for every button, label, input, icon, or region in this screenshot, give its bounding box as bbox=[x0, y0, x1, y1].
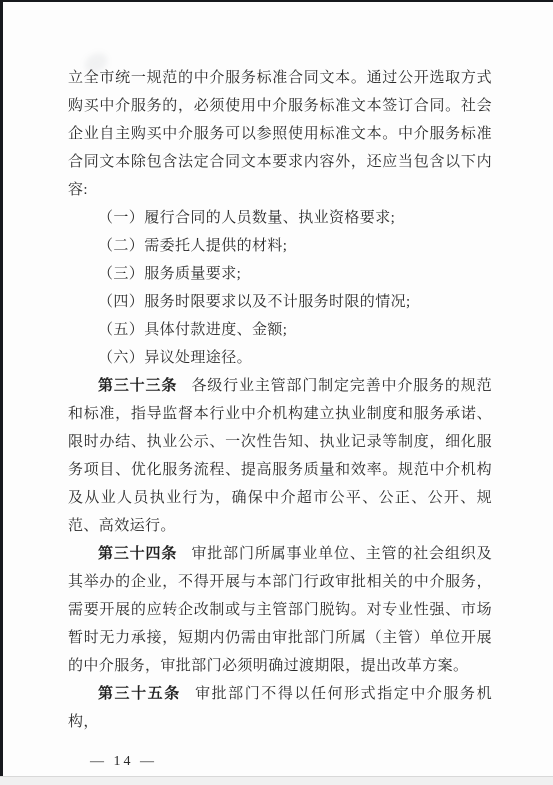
article-34-label: 第三十四条 bbox=[98, 546, 177, 562]
scan-left-edge bbox=[0, 0, 3, 776]
document-body: 立全市统一规范的中介服务标准合同文本。通过公开选取方式购买中介服务的，必须使用中… bbox=[68, 64, 492, 776]
article-35-label: 第三十五条 bbox=[98, 686, 181, 702]
article-34-text: 审批部门所属事业单位、主管的社会组织及其举办的企业，不得开展与本部门行政审批相关… bbox=[68, 546, 492, 674]
list-item-5: （五）具体付款进度、金额; bbox=[68, 316, 492, 344]
list-item-3: （三）服务质量要求; bbox=[68, 260, 492, 288]
scanned-document-page: 立全市统一规范的中介服务标准合同文本。通过公开选取方式购买中介服务的，必须使用中… bbox=[0, 0, 553, 785]
list-item-4: （四）服务时限要求以及不计服务时限的情况; bbox=[68, 288, 492, 316]
article-34: 第三十四条审批部门所属事业单位、主管的社会组织及其举办的企业，不得开展与本部门行… bbox=[68, 540, 492, 680]
continuation-paragraph: 立全市统一规范的中介服务标准合同文本。通过公开选取方式购买中介服务的，必须使用中… bbox=[68, 64, 492, 204]
list-item-1: （一）履行合同的人员数量、执业资格要求; bbox=[68, 204, 492, 232]
article-33: 第三十三条各级行业主管部门制定完善中介服务的规范和标准，指导监督本行业中介机构建… bbox=[68, 372, 492, 540]
article-33-text: 各级行业主管部门制定完善中介服务的规范和标准，指导监督本行业中介机构建立执业制度… bbox=[68, 378, 492, 534]
list-item-6: （六）异议处理途径。 bbox=[68, 344, 492, 372]
page-bottom-edge bbox=[0, 776, 553, 785]
article-33-label: 第三十三条 bbox=[98, 378, 177, 394]
scan-top-edge bbox=[0, 0, 553, 2]
article-35: 第三十五条审批部门不得以任何形式指定中介服务机构， bbox=[68, 680, 492, 736]
page-number: — 14 — bbox=[90, 748, 492, 776]
list-item-2: （二）需委托人提供的材料; bbox=[68, 232, 492, 260]
